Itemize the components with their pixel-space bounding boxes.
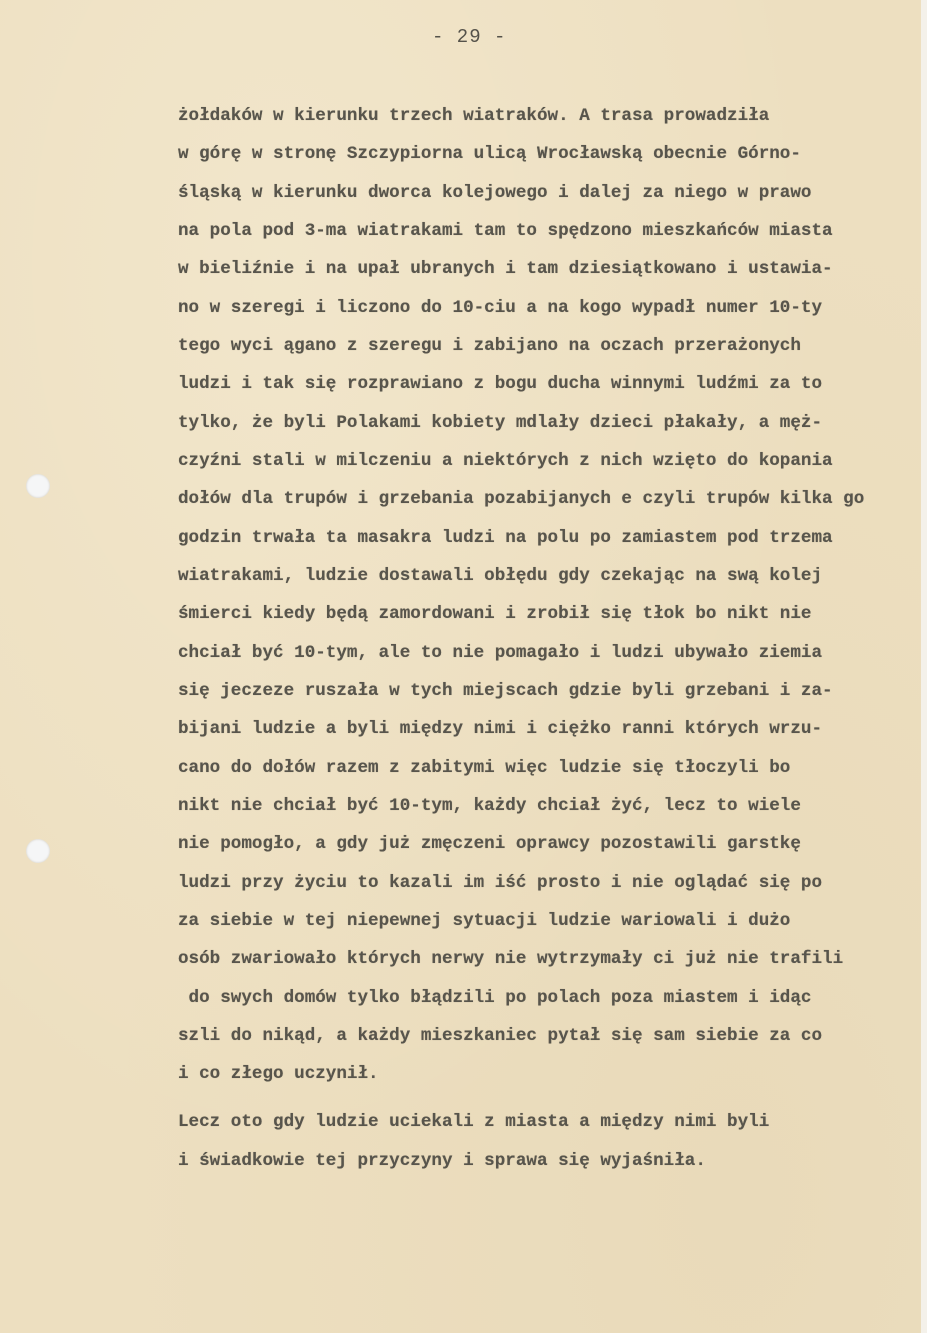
text-line: śmierci kiedy będą zamordowani i zrobił … [178, 604, 811, 624]
page-number: - 29 - [432, 26, 506, 48]
text-line: szli do nikąd, a każdy mieszkaniec pytał… [178, 1026, 822, 1046]
scan-edge [921, 0, 927, 1333]
text-line: cano do dołów razem z zabitymi więc ludz… [178, 758, 790, 778]
punch-hole-lower [26, 839, 50, 863]
text-line: chciał być 10-tym, ale to nie pomagało i… [178, 643, 822, 663]
text-line: no w szeregi i liczono do 10-ciu a na ko… [178, 298, 822, 318]
text-line: czyźni stali w milczeniu a niektórych z … [178, 451, 833, 471]
document-page: - 29 - żołdaków w kierunku trzech wiatra… [0, 0, 921, 1333]
text-line: w górę w stronę Szczypiorna ulicą Wrocła… [178, 144, 801, 164]
text-line: godzin trwała ta masakra ludzi na polu p… [178, 528, 833, 548]
text-line: tylko, że byli Polakami kobiety mdlały d… [178, 413, 822, 433]
text-line: tego wyci ągano z szeregu i zabijano na … [178, 336, 801, 356]
text-line: za siebie w tej niepewnej sytuacji ludzi… [178, 911, 790, 931]
text-line: dołów dla trupów i grzebania pozabijanyc… [178, 489, 864, 509]
text-line: w bieliźnie i na upał ubranych i tam dzi… [178, 259, 833, 279]
text-line: osób zwariowało których nerwy nie wytrzy… [178, 949, 843, 969]
text-line: na pola pod 3-ma wiatrakami tam to spędz… [178, 221, 833, 241]
text-line: ludzi i tak się rozprawiano z bogu ducha… [178, 374, 822, 394]
text-line: i co złego uczynił. [178, 1064, 379, 1084]
text-line: nie pomogło, a gdy już zmęczeni oprawcy … [178, 834, 801, 854]
text-line: śląską w kierunku dworca kolejowego i da… [178, 183, 811, 203]
text-line: bijani ludzie a byli między nimi i ciężk… [178, 719, 822, 739]
text-line: ludzi przy życiu to kazali im iść prosto… [178, 873, 822, 893]
text-line: Lecz oto gdy ludzie uciekali z miasta a … [178, 1112, 769, 1132]
text-line: wiatrakami, ludzie dostawali obłędu gdy … [178, 566, 822, 586]
text-line: żołdaków w kierunku trzech wiatraków. A … [178, 106, 769, 126]
text-line: nikt nie chciał być 10-tym, każdy chciał… [178, 796, 801, 816]
text-line: do swych domów tylko błądzili po polach … [178, 988, 811, 1008]
punch-hole-upper [26, 474, 50, 498]
text-line: i świadkowie tej przyczyny i sprawa się … [178, 1151, 706, 1171]
text-line: się jeczeze ruszała w tych miejscach gdz… [178, 681, 833, 701]
